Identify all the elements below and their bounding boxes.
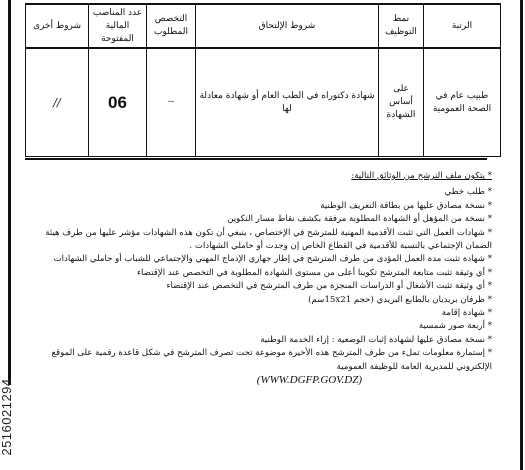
table-row: طبيب عام في الصحة العمومية على أساس الشه… xyxy=(26,48,501,157)
document-item: * نسخة مصادق عليها لشهادة إثبات الوضعية … xyxy=(30,334,492,347)
document-item: * شهادة إقامة xyxy=(30,307,492,320)
table-bottom-rule xyxy=(25,158,487,160)
document-item: * شهادات العمل التي تثبت الأقدمية المهني… xyxy=(30,227,492,254)
documents-heading: * يتكون ملف الترشح من الوثائق التالية: xyxy=(30,170,492,183)
document-item: * ظرفان بريديان بالطابع البريدي (حجم 15x… xyxy=(30,294,492,307)
website-url: (WWW.DGFP.GOV.DZ) xyxy=(30,374,492,387)
cell-recruitment-mode: على أساس الشهادة xyxy=(379,48,424,157)
header-recruitment-mode: نمط التوظيف xyxy=(379,4,424,48)
required-documents-section: * يتكون ملف الترشح من الوثائق التالية: *… xyxy=(30,170,492,388)
cell-access-conditions: شهادة دكتوراه في الطب العام أو شهادة معا… xyxy=(196,48,379,157)
header-required-specialty: التخصص المطلوب xyxy=(147,4,196,48)
header-access-conditions: شروط الإلتحاق xyxy=(196,4,379,48)
document-item: * طلب خطي xyxy=(30,186,492,199)
header-rank: الرتبة xyxy=(424,4,501,48)
document-item: * أي وثيقة تثبت الأشغال أو الدراسات المن… xyxy=(30,280,492,293)
document-item: * إستمارة معلومات تملء من طرف المترشح هذ… xyxy=(30,347,492,374)
table-header-row: الرتبة نمط التوظيف شروط الإلتحاق التخصص … xyxy=(26,4,501,48)
header-open-positions: عدد المناصب المالية المفتوحة xyxy=(89,4,147,48)
cell-rank: طبيب عام في الصحة العمومية xyxy=(424,48,501,157)
document-item: * أربعة صور شمسية xyxy=(30,320,492,333)
left-border-line xyxy=(8,0,11,385)
recruitment-table: الرتبة نمط التوظيف شروط الإلتحاق التخصص … xyxy=(25,3,501,157)
right-border-line xyxy=(520,0,523,470)
document-item: * أي وثيقة تثبت متابعة المترشح تكوينا أع… xyxy=(30,267,492,280)
cell-other-conditions: // xyxy=(26,48,89,157)
document-item: * نسخة مصادق عليها من بطاقة التعريف الوط… xyxy=(30,200,492,213)
document-item: * نسخة من المؤهل أو الشهادة المطلوبة مرف… xyxy=(30,213,492,226)
cell-required-specialty: -- xyxy=(147,48,196,157)
document-reference-number: 2516021294 xyxy=(0,362,14,470)
document-item: * شهادة تثبت مدة العمل المؤدى من طرف الم… xyxy=(30,253,492,266)
header-other-conditions: شروط أخرى xyxy=(26,4,89,48)
cell-open-positions: 06 xyxy=(89,48,147,157)
